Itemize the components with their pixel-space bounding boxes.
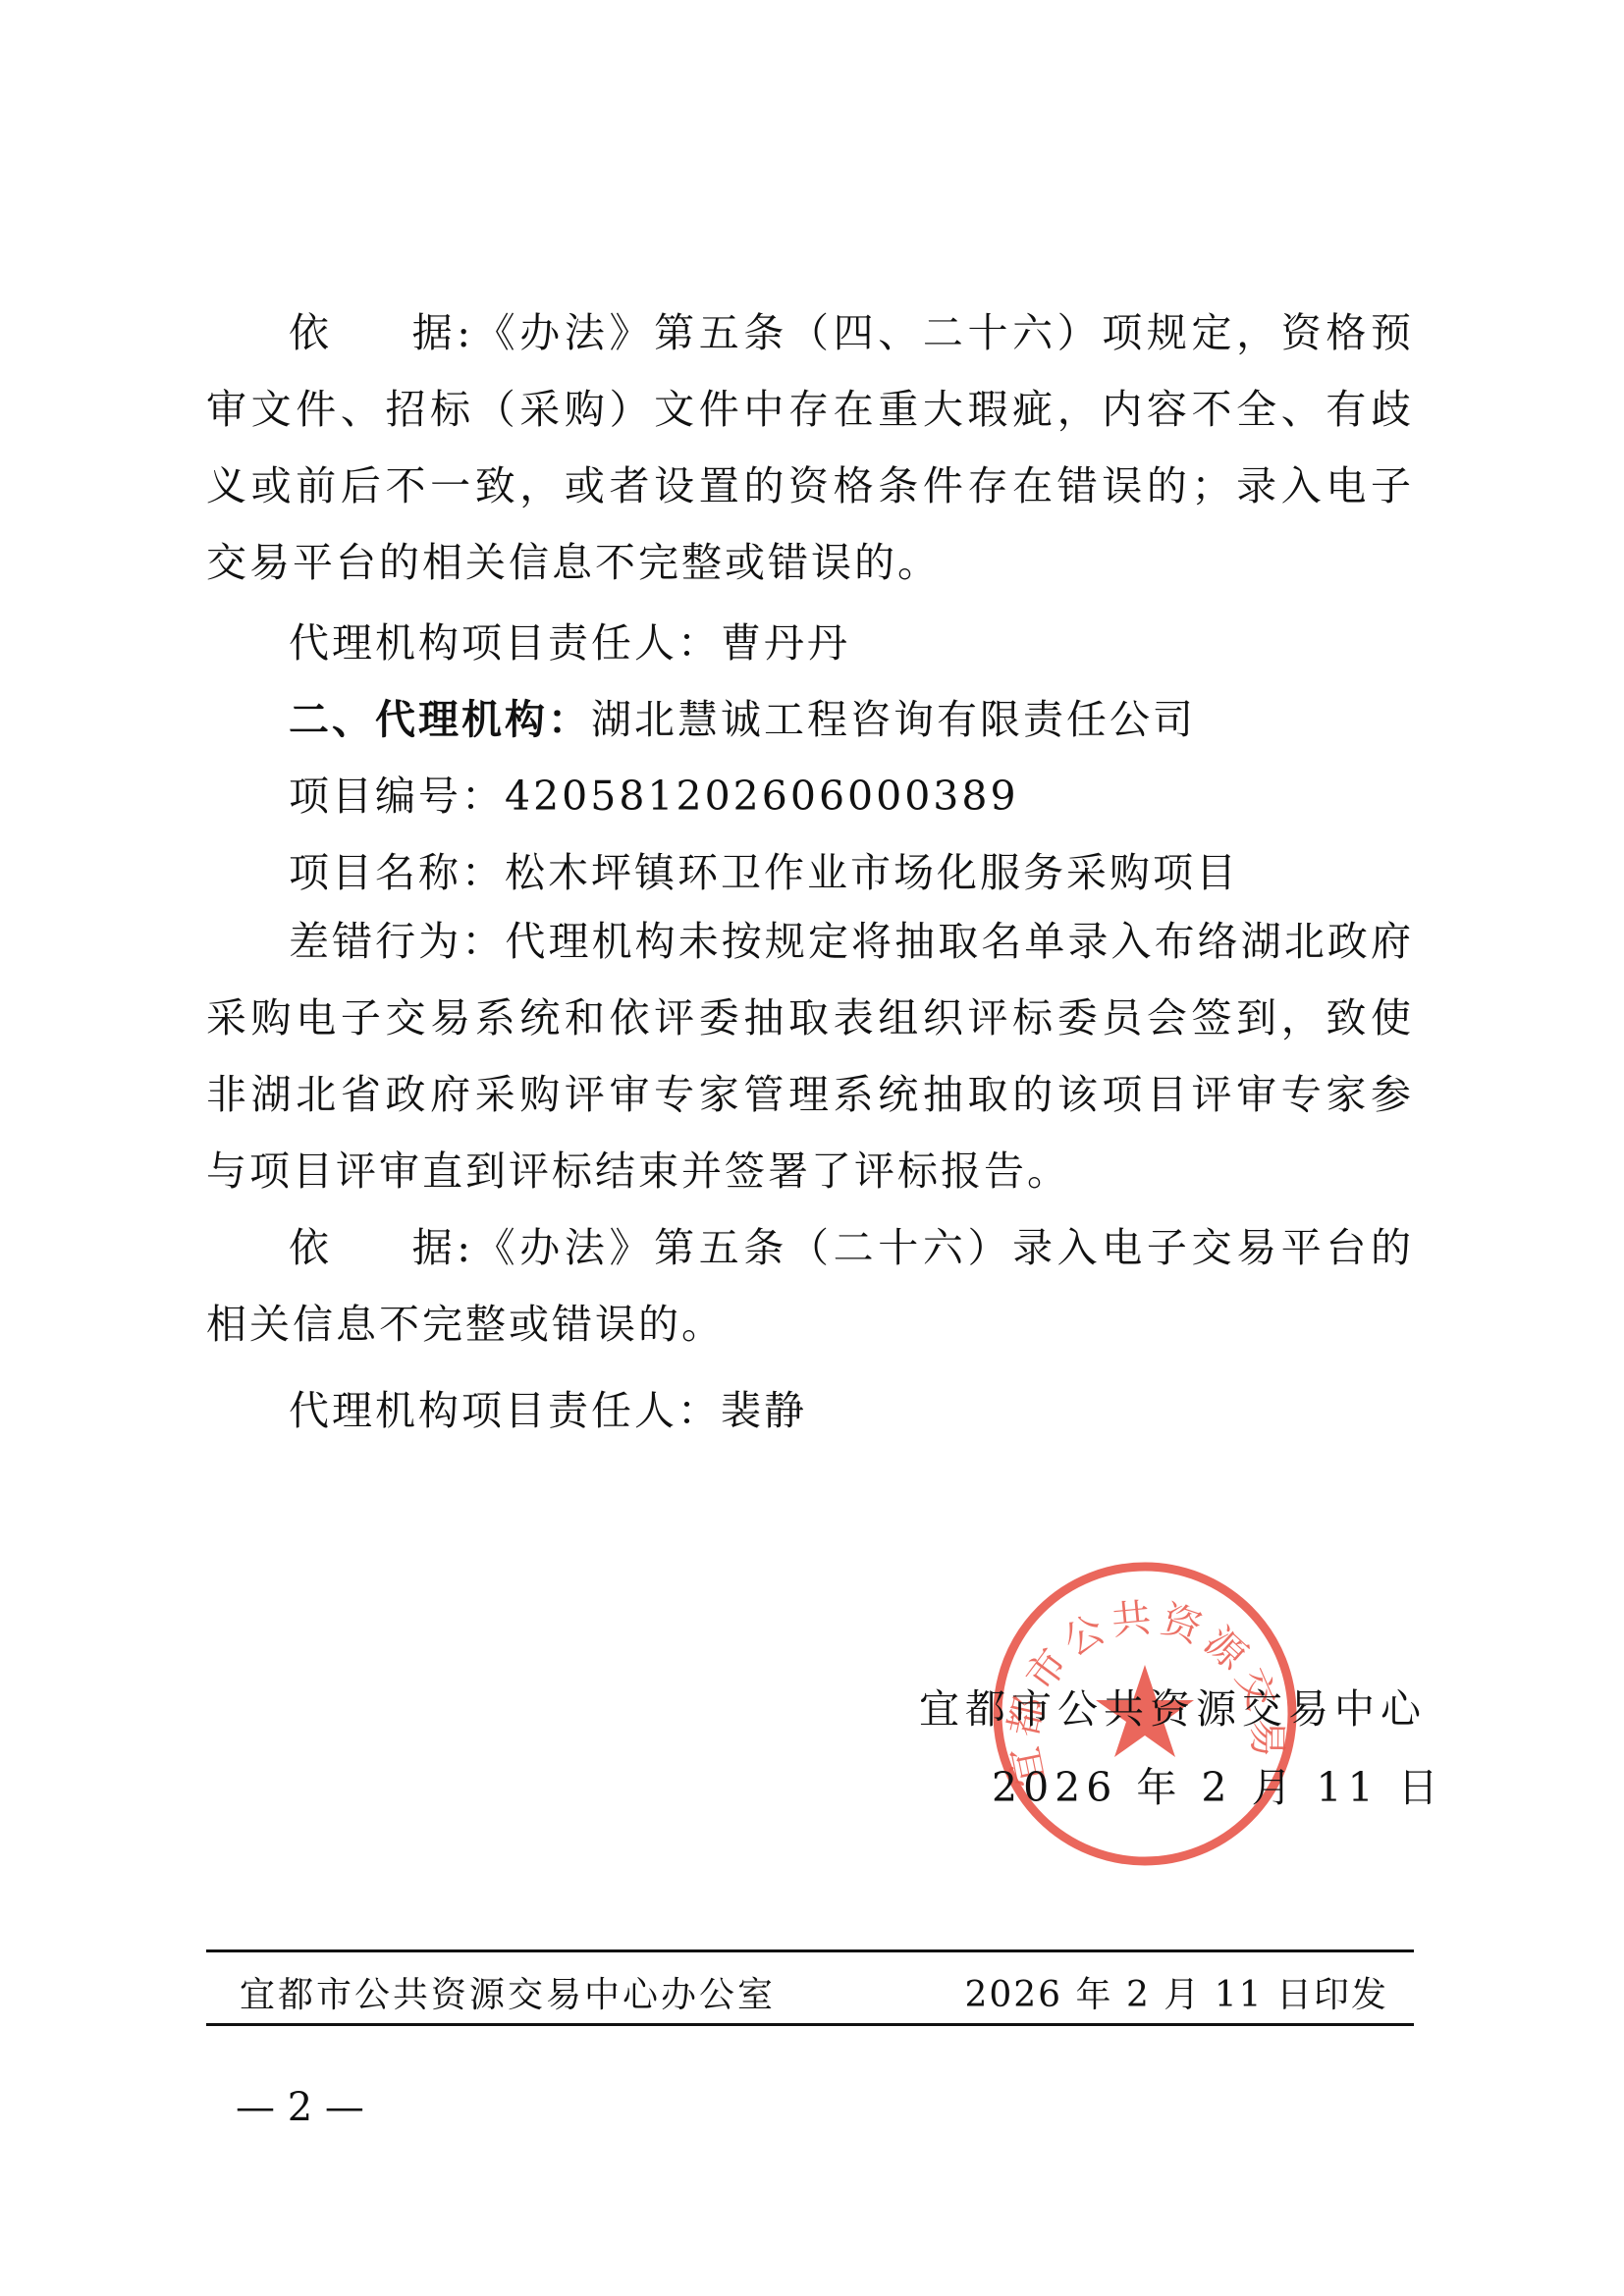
- agency-name: 湖北慧诚工程咨询有限责任公司: [591, 696, 1196, 743]
- error-behavior-paragraph: 差错行为：代理机构未按规定将抽取名单录入布络湖北政府采购电子交易系统和依评委抽取…: [206, 903, 1414, 1209]
- signature-org: 宜都市公共资源交易中心: [919, 1677, 1427, 1735]
- project-number: 420581202606000389: [505, 773, 1019, 820]
- agency-heading-line: 二、代理机构：湖北慧诚工程咨询有限责任公司: [289, 687, 1196, 745]
- project-number-label: 项目编号：: [289, 773, 505, 820]
- footer-rule-top: [206, 1949, 1414, 1952]
- project-name: 松木坪镇环卫作业市场化服务采购项目: [505, 849, 1239, 896]
- error-label: 差错行为：: [289, 918, 505, 965]
- page-number: — 2 —: [236, 2085, 364, 2130]
- basis-paragraph-2: 依据:《办法》第五条（二十六）录入电子交易平台的相关信息不完整或错误的。: [206, 1209, 1414, 1362]
- footer-rule-bottom: [206, 2023, 1414, 2026]
- basis-label: 依据:: [289, 309, 473, 356]
- responsible-person-2: 代理机构项目责任人：裴静: [289, 1378, 807, 1436]
- project-name-label: 项目名称：: [289, 849, 505, 896]
- responsible-name: 裴静: [721, 1387, 807, 1434]
- basis-paragraph-1: 依据:《办法》第五条（四、二十六）项规定，资格预审文件、招标（采购）文件中存在重…: [206, 294, 1414, 601]
- basis-label: 依据:: [289, 1224, 473, 1271]
- project-name-line: 项目名称：松木坪镇环卫作业市场化服务采购项目: [289, 840, 1239, 898]
- responsible-label: 代理机构项目责任人：: [289, 1387, 721, 1434]
- project-number-line: 项目编号：420581202606000389: [289, 764, 1019, 822]
- responsible-label: 代理机构项目责任人：: [289, 619, 721, 667]
- document-page: 依据:《办法》第五条（四、二十六）项规定，资格预审文件、招标（采购）文件中存在重…: [0, 0, 1624, 2296]
- signature-date: 2026 年 2 月 11 日: [992, 1755, 1444, 1813]
- footer-issuer: 宜都市公共资源交易中心办公室: [240, 1967, 776, 2017]
- footer-issue-date: 2026 年 2 月 11 日印发: [964, 1967, 1388, 2017]
- responsible-name: 曹丹丹: [721, 619, 850, 667]
- responsible-person-1: 代理机构项目责任人：曹丹丹: [289, 611, 850, 668]
- section-heading: 二、代理机构：: [289, 696, 591, 743]
